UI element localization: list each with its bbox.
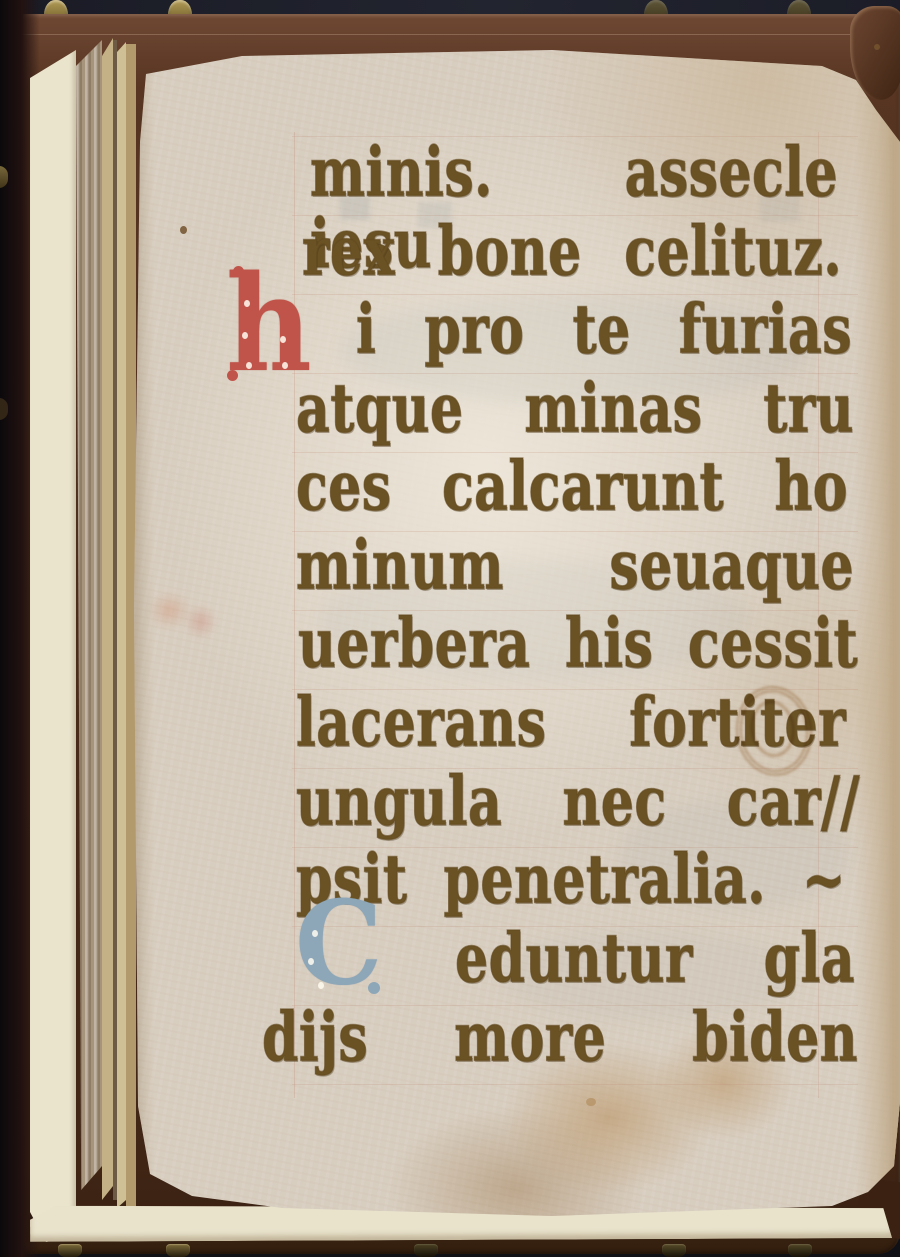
page-stack-edge xyxy=(102,38,113,1200)
initial-white-dot xyxy=(280,336,286,343)
manuscript-photo: minis. assecle iesu rex bone celituz. i … xyxy=(0,0,900,1257)
text-line: ungula nec car// xyxy=(296,766,860,838)
initial-white-dot xyxy=(318,982,324,989)
initial-white-dot xyxy=(312,930,318,937)
brass-foot-icon xyxy=(788,1244,812,1257)
flyleaf-edge xyxy=(30,44,76,1242)
initial-white-dot xyxy=(242,332,248,339)
page-stack-edge xyxy=(117,42,126,1208)
text-line: uerbera his cessit xyxy=(298,608,858,680)
initial-white-dot xyxy=(282,362,288,369)
ink-speck xyxy=(180,226,187,234)
cover-seam xyxy=(10,34,894,35)
offset-ink-stain xyxy=(146,588,224,644)
initial-white-dot xyxy=(308,958,314,965)
text-line: rex bone celituz. xyxy=(302,216,842,288)
text-line: minum seuaque xyxy=(296,530,854,602)
foxing-speck xyxy=(586,1098,596,1106)
text-line: atque minas tru xyxy=(296,373,854,445)
brass-foot-icon xyxy=(662,1244,686,1257)
initial-tail-ball xyxy=(368,982,380,994)
initial-white-dot xyxy=(246,362,252,369)
text-line: dijs more biden xyxy=(262,1002,858,1074)
text-line: eduntur gla xyxy=(455,923,855,995)
initial-curl-ball xyxy=(227,370,238,381)
brass-foot-icon xyxy=(414,1244,438,1257)
page-stack-edge xyxy=(113,40,117,1200)
brass-foot-icon xyxy=(166,1244,190,1257)
text-line: i pro te furias xyxy=(356,294,852,366)
red-lombardic-initial: h xyxy=(226,258,312,390)
initial-curl-ball xyxy=(233,266,244,277)
text-line: ces calcarunt ho xyxy=(296,451,848,523)
initial-white-dot xyxy=(244,300,250,307)
ink-speck xyxy=(874,44,880,50)
brass-foot-icon xyxy=(58,1244,82,1257)
